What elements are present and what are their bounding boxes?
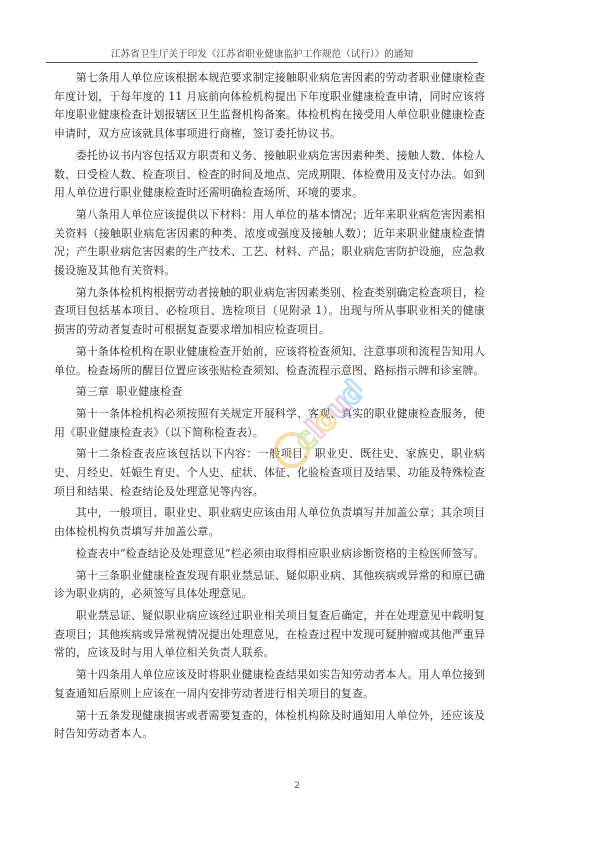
- article-12-signing: 检查表中“检查结论及处理意见”栏必须由取得相应职业病诊断资格的主检医师签写。: [54, 545, 485, 564]
- article-9: 第九条体检机构根据劳动者接触的职业病危害因素类别、检查类别确定检查项目，检查项目…: [54, 284, 485, 340]
- article-8: 第八条用人单位应该提供以下材料：用人单位的基本情况；近年来职业病危害因素相关资料…: [54, 206, 485, 281]
- article-12: 第十二条检查表应该包括以下内容：一般项目、职业史、既往史、家族史、职业病史、月经…: [54, 445, 485, 501]
- article-13: 第十三条职业健康检查发现有职业禁忌证、疑似职业病、其他疾病或异常的和原已确诊为职…: [54, 567, 485, 604]
- entrust-agreement-paragraph: 委托协议书内容包括双方职责和义务、接触职业病危害因素种类、接触人数、体检人数、日…: [54, 147, 485, 203]
- document-body: 第七条用人单位应该根据本规范要求制定接触职业病危害因素的劳动者职业健康检查年度计…: [54, 69, 485, 747]
- article-11: 第十一条体检机构必须按照有关规定开展科学、客观、真实的职业健康检查服务，使用《职…: [54, 405, 485, 442]
- article-12-note: 其中，一般项目、职业史、职业病史应该由用人单位负责填写并加盖公章；其余项目由体检…: [54, 504, 485, 541]
- page-number: 2: [0, 781, 594, 791]
- article-13-detail: 职业禁忌证、疑似职业病应该经过职业相关项目复查后确定，并在处理意见中载明复查项目…: [54, 607, 485, 663]
- chapter-heading: 第三章 职业健康检查: [54, 383, 485, 402]
- header-divider: [46, 62, 478, 63]
- article-14: 第十四条用人单位应该及时将职业健康检查结果如实告知劳动者本人。用人单位接到复查通…: [54, 666, 485, 703]
- article-7: 第七条用人单位应该根据本规范要求制定接触职业病危害因素的劳动者职业健康检查年度计…: [54, 69, 485, 144]
- article-15: 第十五条发现健康损害或者需要复查的，体检机构除及时通知用人单位外，还应该及时告知…: [54, 707, 485, 744]
- running-header: 江苏省卫生厅关于印发《江苏省职业健康监护工作规范（试行）》的通知: [47, 46, 477, 60]
- article-10: 第十条体检机构在职业健康检查开始前，应该将检查须知、注意事项和流程告知用人单位。…: [54, 343, 485, 380]
